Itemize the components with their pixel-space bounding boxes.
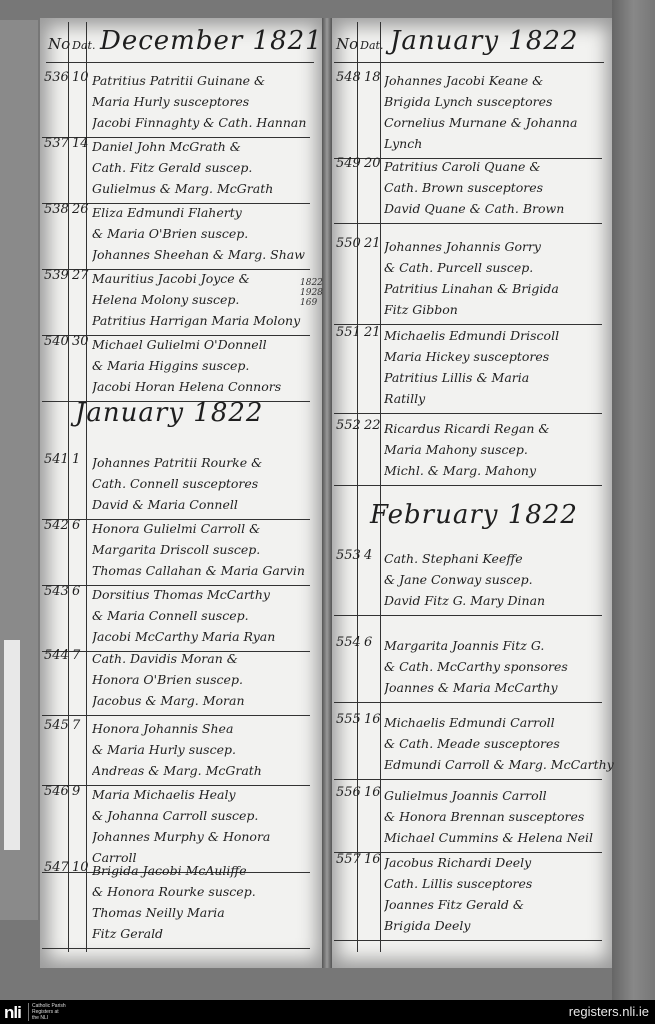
entry-day: 21 xyxy=(364,325,384,340)
entry-line: Gulielmus Joannis Carroll xyxy=(384,785,616,806)
entry-number: 552 xyxy=(336,418,364,433)
entry-line: Michael Cummins & Helena Neil xyxy=(384,827,616,848)
entry-number: 541 xyxy=(44,452,72,467)
entry-line: Jacobi Finnaghty & Cath. Hannan xyxy=(92,112,324,133)
entry-text: Honora Gulielmi Carroll &Margarita Drisc… xyxy=(92,518,324,581)
entry-line: Cath. Stephani Keeffe xyxy=(384,548,616,569)
entry-day: 18 xyxy=(364,70,384,85)
left-no-column-rule xyxy=(68,22,69,952)
entry-number: 556 xyxy=(336,785,364,800)
entry-line: Daniel John McGrath & xyxy=(92,136,324,157)
entry-day: 6 xyxy=(364,635,384,650)
right-edge-shadow xyxy=(612,0,655,1000)
entry-line: Thomas Neilly Maria xyxy=(92,902,324,923)
entry-line: David Fitz G. Mary Dinan xyxy=(384,590,616,611)
entry-day: 16 xyxy=(364,712,384,727)
entry-line: Maria Hurly susceptores xyxy=(92,91,324,112)
entry-line: Maria Mahony suscep. xyxy=(384,439,616,460)
entry-line: Eliza Edmundi Flaherty xyxy=(92,202,324,223)
entry-day: 21 xyxy=(364,236,384,251)
entry-day: 7 xyxy=(72,718,92,733)
entry-text: Cath. Stephani Keeffe& Jane Conway susce… xyxy=(384,548,616,611)
entry-line: Jacobi McCarthy Maria Ryan xyxy=(92,626,324,647)
entry-line: Johannes Johannis Gorry xyxy=(384,236,616,257)
entry-line: Brigida Jacobi McAuliffe xyxy=(92,860,324,881)
margin-annotation: 1822 1928 169 xyxy=(300,278,323,308)
entry-line: & Johanna Carroll suscep. xyxy=(92,805,324,826)
entry-number: 536 xyxy=(44,70,72,85)
entry-day: 7 xyxy=(72,648,92,663)
entry-line: Mauritius Jacobi Joyce & xyxy=(92,268,324,289)
entry-line: Ratilly xyxy=(384,388,616,409)
entry-day: 9 xyxy=(72,784,92,799)
margin-note-line: 1822 xyxy=(300,278,323,288)
entry-text: Honora Johannis Shea& Maria Hurly suscep… xyxy=(92,718,324,781)
entry-text: Michaelis Edmundi Carroll& Cath. Meade s… xyxy=(384,712,616,775)
entry-day: 20 xyxy=(364,156,384,171)
entry-rule xyxy=(334,413,602,414)
entry-text: Daniel John McGrath &Cath. Fitz Gerald s… xyxy=(92,136,324,199)
entry-line: & Cath. Meade susceptores xyxy=(384,733,616,754)
entry-line: Johannes Jacobi Keane & xyxy=(384,70,616,91)
entry-rule xyxy=(334,615,602,616)
entry-text: Michael Gulielmi O'Donnell& Maria Higgin… xyxy=(92,334,324,397)
entry-line: Maria Michaelis Healy xyxy=(92,784,324,805)
paper-tab xyxy=(4,640,20,850)
entry-day: 16 xyxy=(364,785,384,800)
entry-text: Patritius Caroli Quane &Cath. Brown susc… xyxy=(384,156,616,219)
entry-day: 22 xyxy=(364,418,384,433)
date-column-label: Dat. xyxy=(360,39,383,52)
date-column-label: Dat. xyxy=(72,39,95,52)
entry-line: Patritius Linahan & Brigida xyxy=(384,278,616,299)
entry-text: Johannes Patritii Rourke &Cath. Connell … xyxy=(92,452,324,515)
entry-line: Michl. & Marg. Mahony xyxy=(384,460,616,481)
site-link[interactable]: registers.nli.ie xyxy=(569,1004,649,1019)
entry-day: 27 xyxy=(72,268,92,283)
entry-text: Patritius Patritii Guinane &Maria Hurly … xyxy=(92,70,324,133)
entry-number: 550 xyxy=(336,236,364,251)
entry-line: Gulielmus & Marg. McGrath xyxy=(92,178,324,199)
entry-line: & Maria Connell suscep. xyxy=(92,605,324,626)
left-month2-heading: January 1822 xyxy=(75,398,263,428)
entry-line: Fitz Gibbon xyxy=(384,299,616,320)
entry-text: Brigida Jacobi McAuliffe& Honora Rourke … xyxy=(92,860,324,944)
entry-line: Cath. Lillis susceptores xyxy=(384,873,616,894)
entry-line: Honora O'Brien suscep. xyxy=(92,669,324,690)
margin-note-line: 169 xyxy=(300,298,323,308)
entry-text: Margarita Joannis Fitz G.& Cath. McCarth… xyxy=(384,635,616,698)
entry-text: Mauritius Jacobi Joyce &Helena Molony su… xyxy=(92,268,324,331)
entry-day: 4 xyxy=(364,548,384,563)
nli-logo[interactable]: nli xyxy=(4,1003,21,1023)
entry-number: 553 xyxy=(336,548,364,563)
entry-line: Ricardus Ricardi Regan & xyxy=(384,418,616,439)
entry-number: 542 xyxy=(44,518,72,533)
entry-line: Cath. Connell susceptores xyxy=(92,473,324,494)
entry-line: Jacobus & Marg. Moran xyxy=(92,690,324,711)
entry-rule xyxy=(42,715,310,716)
entry-day: 10 xyxy=(72,860,92,875)
entry-number: 554 xyxy=(336,635,364,650)
entry-line: Cath. Fitz Gerald suscep. xyxy=(92,157,324,178)
entry-line: Cath. Brown susceptores xyxy=(384,177,616,198)
entry-line: & Cath. Purcell suscep. xyxy=(384,257,616,278)
entry-line: Maria Hickey susceptores xyxy=(384,346,616,367)
logo-subtitle: Catholic Parish Registers at the NLI xyxy=(28,1003,66,1021)
entry-line: Honora Gulielmi Carroll & xyxy=(92,518,324,539)
entry-number: 549 xyxy=(336,156,364,171)
entry-day: 1 xyxy=(72,452,92,467)
left-date-column-rule xyxy=(86,22,87,952)
entry-number: 548 xyxy=(336,70,364,85)
entry-number: 539 xyxy=(44,268,72,283)
entry-text: Johannes Jacobi Keane &Brigida Lynch sus… xyxy=(384,70,616,154)
entry-number: 537 xyxy=(44,136,72,151)
entry-line: Michaelis Edmundi Driscoll xyxy=(384,325,616,346)
right-page-header: NoDat. xyxy=(336,34,383,53)
entry-line: Michael Gulielmi O'Donnell xyxy=(92,334,324,355)
entry-line: Jacobus Richardi Deely xyxy=(384,852,616,873)
entry-line: Michaelis Edmundi Carroll xyxy=(384,712,616,733)
entry-number: 555 xyxy=(336,712,364,727)
margin-note-line: 1928 xyxy=(300,288,323,298)
right-month-heading: January 1822 xyxy=(390,26,578,56)
entry-line: Fitz Gerald xyxy=(92,923,324,944)
entry-text: Gulielmus Joannis Carroll& Honora Brenna… xyxy=(384,785,616,848)
entry-text: Eliza Edmundi Flaherty& Maria O'Brien su… xyxy=(92,202,324,265)
entry-day: 6 xyxy=(72,584,92,599)
entry-number: 547 xyxy=(44,860,72,875)
right-month2-heading: February 1822 xyxy=(370,500,578,530)
entry-line: Johannes Sheehan & Marg. Shaw xyxy=(92,244,324,265)
entry-line: Andreas & Marg. McGrath xyxy=(92,760,324,781)
entry-line: Thomas Callahan & Maria Garvin xyxy=(92,560,324,581)
entry-line: Lynch xyxy=(384,133,616,154)
number-column-label: No xyxy=(336,35,358,53)
footer-bar: nli Catholic Parish Registers at the NLI… xyxy=(0,1000,655,1024)
entry-number: 545 xyxy=(44,718,72,733)
entry-text: Jacobus Richardi DeelyCath. Lillis susce… xyxy=(384,852,616,936)
entry-day: 6 xyxy=(72,518,92,533)
entry-rule xyxy=(334,223,602,224)
entry-line: David & Maria Connell xyxy=(92,494,324,515)
entry-rule xyxy=(42,948,310,949)
entry-text: Dorsitius Thomas McCarthy& Maria Connell… xyxy=(92,584,324,647)
entry-line: & Honora Rourke suscep. xyxy=(92,881,324,902)
logo-subtitle-line: the NLI xyxy=(32,1015,66,1021)
entry-line: Margarita Driscoll suscep. xyxy=(92,539,324,560)
entry-number: 546 xyxy=(44,784,72,799)
entry-rule xyxy=(334,940,602,941)
entry-day: 16 xyxy=(364,852,384,867)
entry-line: Joannes Fitz Gerald & xyxy=(384,894,616,915)
entry-line: Johannes Patritii Rourke & xyxy=(92,452,324,473)
entry-day: 30 xyxy=(72,334,92,349)
entry-day: 14 xyxy=(72,136,92,151)
left-month-heading: December 1821 xyxy=(100,26,323,56)
entry-line: Dorsitius Thomas McCarthy xyxy=(92,584,324,605)
entry-text: Johannes Johannis Gorry& Cath. Purcell s… xyxy=(384,236,616,320)
entry-day: 10 xyxy=(72,70,92,85)
entry-text: Maria Michaelis Healy& Johanna Carroll s… xyxy=(92,784,324,868)
entry-line: & Jane Conway suscep. xyxy=(384,569,616,590)
entry-line: Patritius Caroli Quane & xyxy=(384,156,616,177)
entry-line: Jacobi Horan Helena Connors xyxy=(92,376,324,397)
entry-text: Ricardus Ricardi Regan &Maria Mahony sus… xyxy=(384,418,616,481)
entry-line: Patritius Lillis & Maria xyxy=(384,367,616,388)
entry-line: Brigida Deely xyxy=(384,915,616,936)
entry-number: 544 xyxy=(44,648,72,663)
entry-text: Michaelis Edmundi DriscollMaria Hickey s… xyxy=(384,325,616,409)
entry-line: Patritius Harrigan Maria Molony xyxy=(92,310,324,331)
entry-line: Patritius Patritii Guinane & xyxy=(92,70,324,91)
entry-number: 540 xyxy=(44,334,72,349)
entry-line: & Maria O'Brien suscep. xyxy=(92,223,324,244)
entry-line: Cornelius Murnane & Johanna xyxy=(384,112,616,133)
entry-number: 538 xyxy=(44,202,72,217)
entry-line: & Cath. McCarthy sponsores xyxy=(384,656,616,677)
entry-line: Brigida Lynch susceptores xyxy=(384,91,616,112)
entry-line: David Quane & Cath. Brown xyxy=(384,198,616,219)
entry-line: Cath. Davidis Moran & xyxy=(92,648,324,669)
left-page-header: NoDat. xyxy=(48,34,95,53)
entry-line: Helena Molony suscep. xyxy=(92,289,324,310)
entry-line: & Maria Higgins suscep. xyxy=(92,355,324,376)
number-column-label: No xyxy=(48,35,70,53)
entry-number: 557 xyxy=(336,852,364,867)
entry-number: 543 xyxy=(44,584,72,599)
entry-line: Edmundi Carroll & Marg. McCarthy xyxy=(384,754,616,775)
header-rule xyxy=(46,62,314,63)
header-rule xyxy=(334,62,604,63)
entry-text: Cath. Davidis Moran &Honora O'Brien susc… xyxy=(92,648,324,711)
entry-line: Margarita Joannis Fitz G. xyxy=(384,635,616,656)
entry-rule xyxy=(334,485,602,486)
entry-line: Honora Johannis Shea xyxy=(92,718,324,739)
entry-line: & Honora Brennan susceptores xyxy=(384,806,616,827)
entry-line: & Maria Hurly suscep. xyxy=(92,739,324,760)
entry-day: 26 xyxy=(72,202,92,217)
entry-rule xyxy=(334,779,602,780)
entry-rule xyxy=(334,702,602,703)
entry-line: Joannes & Maria McCarthy xyxy=(384,677,616,698)
entry-number: 551 xyxy=(336,325,364,340)
entry-line: Johannes Murphy & Honora xyxy=(92,826,324,847)
